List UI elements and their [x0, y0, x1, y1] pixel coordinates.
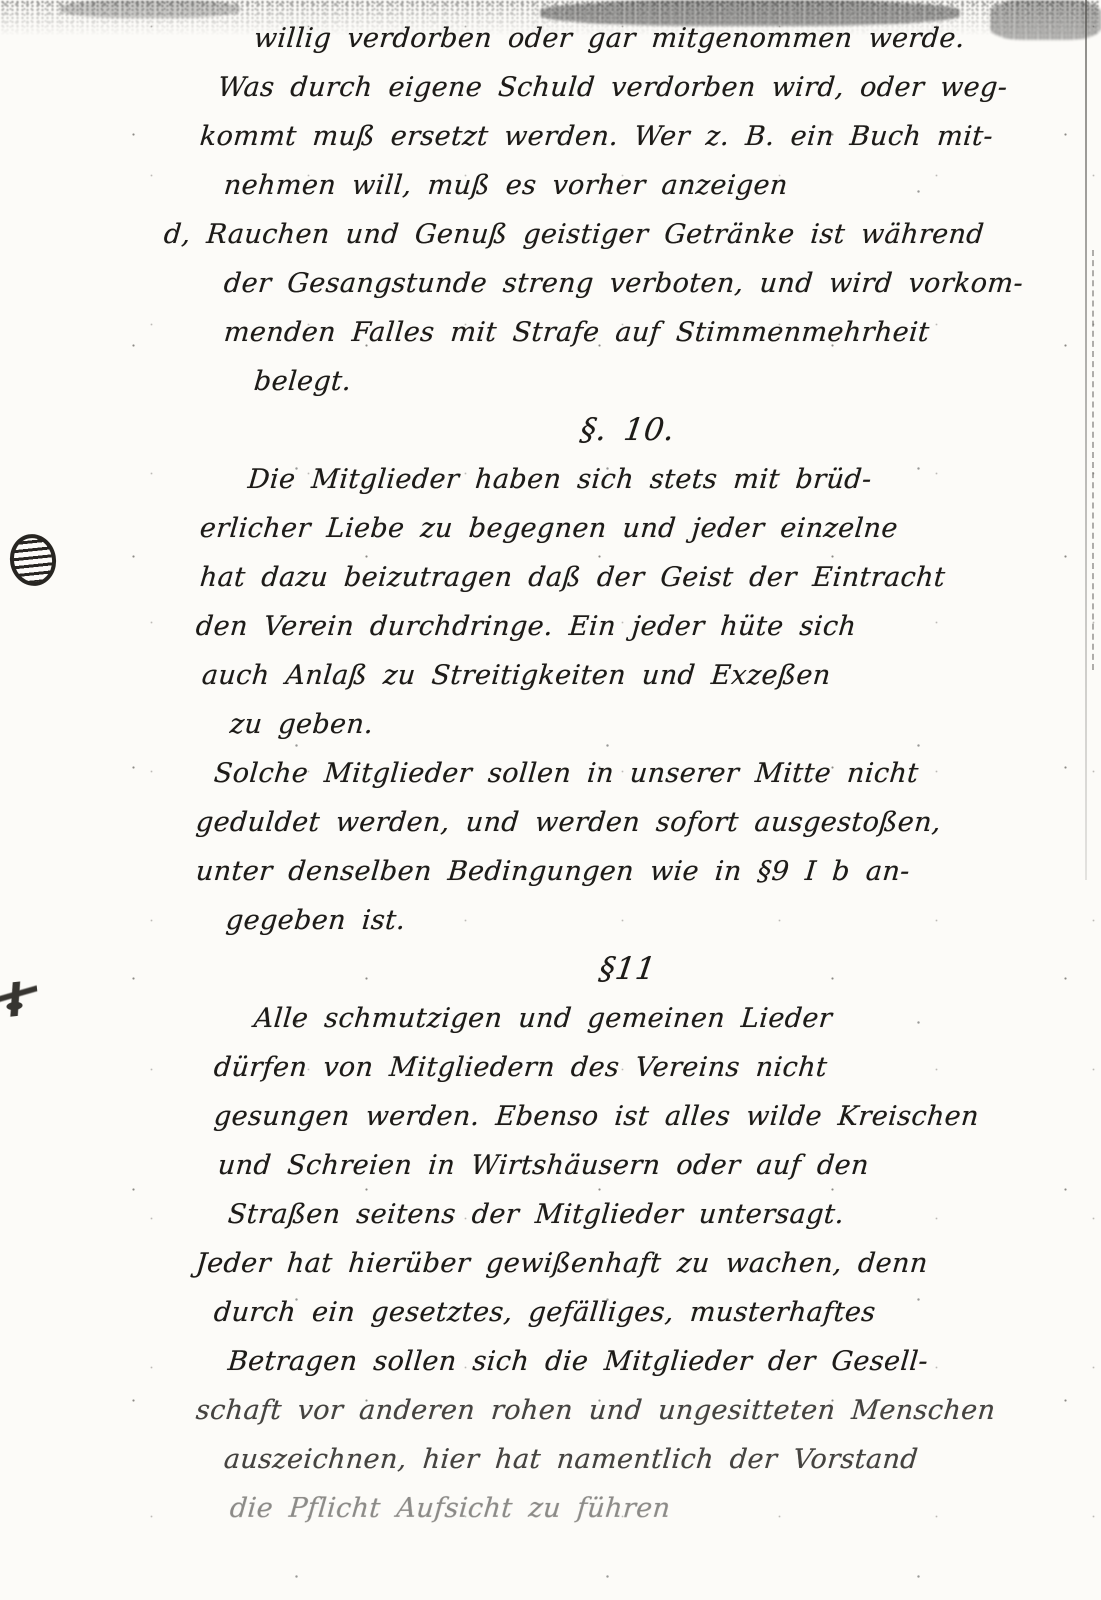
section-heading-10: §. 10.: [193, 406, 1063, 455]
handwritten-line: nehmen will, muß es vorher anzeigen: [222, 161, 1061, 210]
handwritten-line: kommt muß ersetzt werden. Wer z. B. ein …: [198, 112, 1061, 161]
handwritten-text-column: willig verdorben oder gar mitgenommen we…: [196, 14, 1059, 1533]
manuscript-page: willig verdorben oder gar mitgenommen we…: [0, 0, 1101, 1600]
handwritten-line: Solche Mitglieder sollen in unserer Mitt…: [212, 749, 1061, 798]
handwritten-line: hat dazu beizutragen daß der Geist der E…: [198, 553, 1061, 602]
handwritten-line: Was durch eigene Schuld verdorben wird, …: [216, 63, 1061, 112]
handwritten-line: der Gesangstunde streng verboten, und wi…: [222, 259, 1061, 308]
handwritten-line: dürfen von Mitgliedern des Vereins nicht: [212, 1043, 1061, 1092]
handwritten-line: Straßen seitens der Mitglieder untersagt…: [226, 1190, 1061, 1239]
handwritten-line: die Pflicht Aufsicht zu führen: [228, 1484, 1061, 1533]
handwritten-line: Betragen sollen sich die Mitglieder der …: [226, 1337, 1061, 1386]
handwritten-line: Alle schmutzigen und gemeinen Lieder: [252, 994, 1061, 1043]
handwritten-line: Die Mitglieder haben sich stets mit brüd…: [246, 455, 1061, 504]
scan-fold-line: [1085, 0, 1087, 880]
handwritten-line: menden Falles mit Strafe auf Stimmenmehr…: [222, 308, 1061, 357]
handwritten-line: gegeben ist.: [224, 896, 1061, 945]
handwritten-line: auszeichnen, hier hat namentlich der Vor…: [222, 1435, 1061, 1484]
handwritten-line: geduldet werden, und werden sofort ausge…: [194, 798, 1061, 847]
handwritten-line: willig verdorben oder gar mitgenommen we…: [252, 14, 1061, 63]
handwritten-line: unter denselben Bedingungen wie in §9 I …: [194, 847, 1061, 896]
handwritten-line: und Schreien in Wirtshäusern oder auf de…: [216, 1141, 1061, 1190]
scan-fold-line-dashed: [1092, 250, 1094, 670]
handwritten-line: gesungen werden. Ebenso ist alles wilde …: [212, 1092, 1061, 1141]
handwritten-line: durch ein gesetztes, gefälliges, musterh…: [212, 1288, 1061, 1337]
section-heading-11: §11: [193, 945, 1063, 994]
ink-smudge-mark: [0, 980, 40, 1018]
handwritten-line: d, Rauchen und Genuß geistiger Getränke …: [162, 210, 1061, 259]
handwritten-line: belegt.: [252, 357, 1061, 406]
handwritten-line: den Verein durchdringe. Ein jeder hüte s…: [194, 602, 1061, 651]
handwritten-line: zu geben.: [228, 700, 1061, 749]
handwritten-line: auch Anlaß zu Streitigkeiten und Exzeßen: [200, 651, 1061, 700]
hole-punch-mark: [6, 530, 60, 589]
handwritten-line: Jeder hat hierüber gewißenhaft zu wachen…: [194, 1239, 1061, 1288]
handwritten-line: erlicher Liebe zu begegnen und jeder ein…: [198, 504, 1061, 553]
handwritten-line: schaft vor anderen rohen und ungesittete…: [194, 1386, 1061, 1435]
